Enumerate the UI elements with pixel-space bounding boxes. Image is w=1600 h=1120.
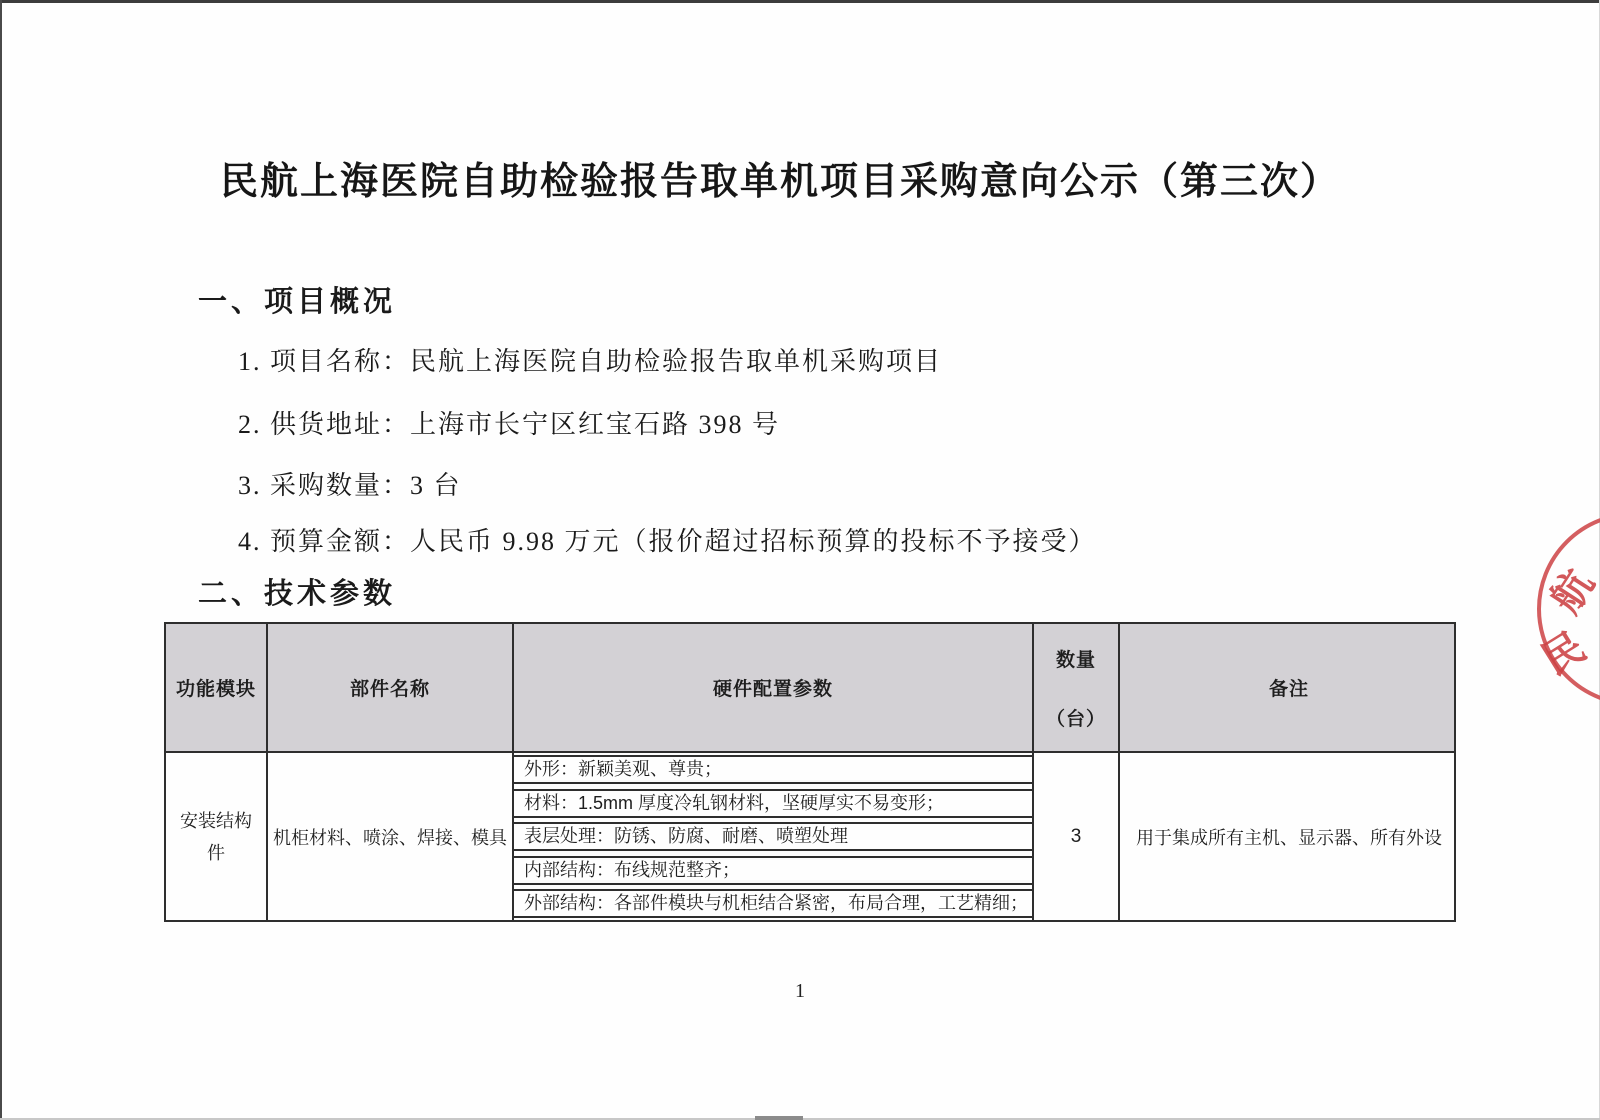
spec-row-surface-treatment: 表层处理：防锈、防腐、耐磨、喷塑处理 xyxy=(512,822,1034,851)
cell-remark: 用于集成所有主机、显示器、所有外设 xyxy=(1118,753,1458,920)
overview-item-project-name: 1. 项目名称：民航上海医院自助检验报告取单机采购项目 xyxy=(238,341,942,378)
spec-row-internal-structure: 内部结构：布线规范整齐； xyxy=(512,856,1034,885)
header-hardware-params: 硬件配置参数 xyxy=(512,624,1032,751)
spec-row-material: 材料：1.5mm 厚度冷轧钢材料，坚硬厚实不易变形； xyxy=(512,789,1034,818)
overview-item-delivery-address: 2. 供货地址：上海市长宁区红宝石路 398 号 xyxy=(238,404,780,441)
header-quantity-line2: （台） xyxy=(1046,704,1106,731)
specs-section-heading: 二、技术参数 xyxy=(198,571,396,612)
overview-item-purchase-quantity: 3. 采购数量：3 台 xyxy=(238,465,462,502)
spec-row-external-structure: 外部结构：各部件模块与机柜结合紧密，布局合理，工艺精细； xyxy=(512,889,1034,918)
cell-function-module: 安装结构件 xyxy=(166,753,266,920)
header-function-module: 功能模块 xyxy=(166,624,266,751)
cell-part-name: 机柜材料、喷涂、焊接、模具 xyxy=(266,753,512,920)
page-number: 1 xyxy=(0,980,1600,1003)
cell-quantity: 3 xyxy=(1032,753,1118,920)
cell-hardware-params: 外形：新颖美观、尊贵； 材料：1.5mm 厚度冷轧钢材料，坚硬厚实不易变形； 表… xyxy=(512,753,1032,920)
overview-section-heading: 一、项目概况 xyxy=(198,279,396,320)
spec-row-appearance: 外形：新颖美观、尊贵； xyxy=(512,755,1034,784)
specs-table-header-row: 功能模块 部件名称 硬件配置参数 数量 （台） 备注 xyxy=(166,624,1454,753)
overview-item-budget-amount: 4. 预算金额：人民币 9.98 万元（报价超过招标预算的投标不予接受） xyxy=(238,521,1097,558)
header-part-name: 部件名称 xyxy=(266,624,512,751)
header-quantity: 数量 （台） xyxy=(1032,624,1118,751)
scan-edge-top xyxy=(0,0,1600,3)
specs-table: 功能模块 部件名称 硬件配置参数 数量 （台） 备注 安装结构件 机柜材料、喷涂… xyxy=(164,622,1456,922)
header-remark: 备注 xyxy=(1118,624,1458,751)
specs-table-body-row: 安装结构件 机柜材料、喷涂、焊接、模具 外形：新颖美观、尊贵； 材料：1.5mm… xyxy=(166,753,1454,920)
scan-edge-bottom-mark xyxy=(755,1116,803,1120)
document-title: 民航上海医院自助检验报告取单机项目采购意向公示（第三次） xyxy=(0,150,1580,205)
header-quantity-line1: 数量 xyxy=(1056,645,1096,672)
